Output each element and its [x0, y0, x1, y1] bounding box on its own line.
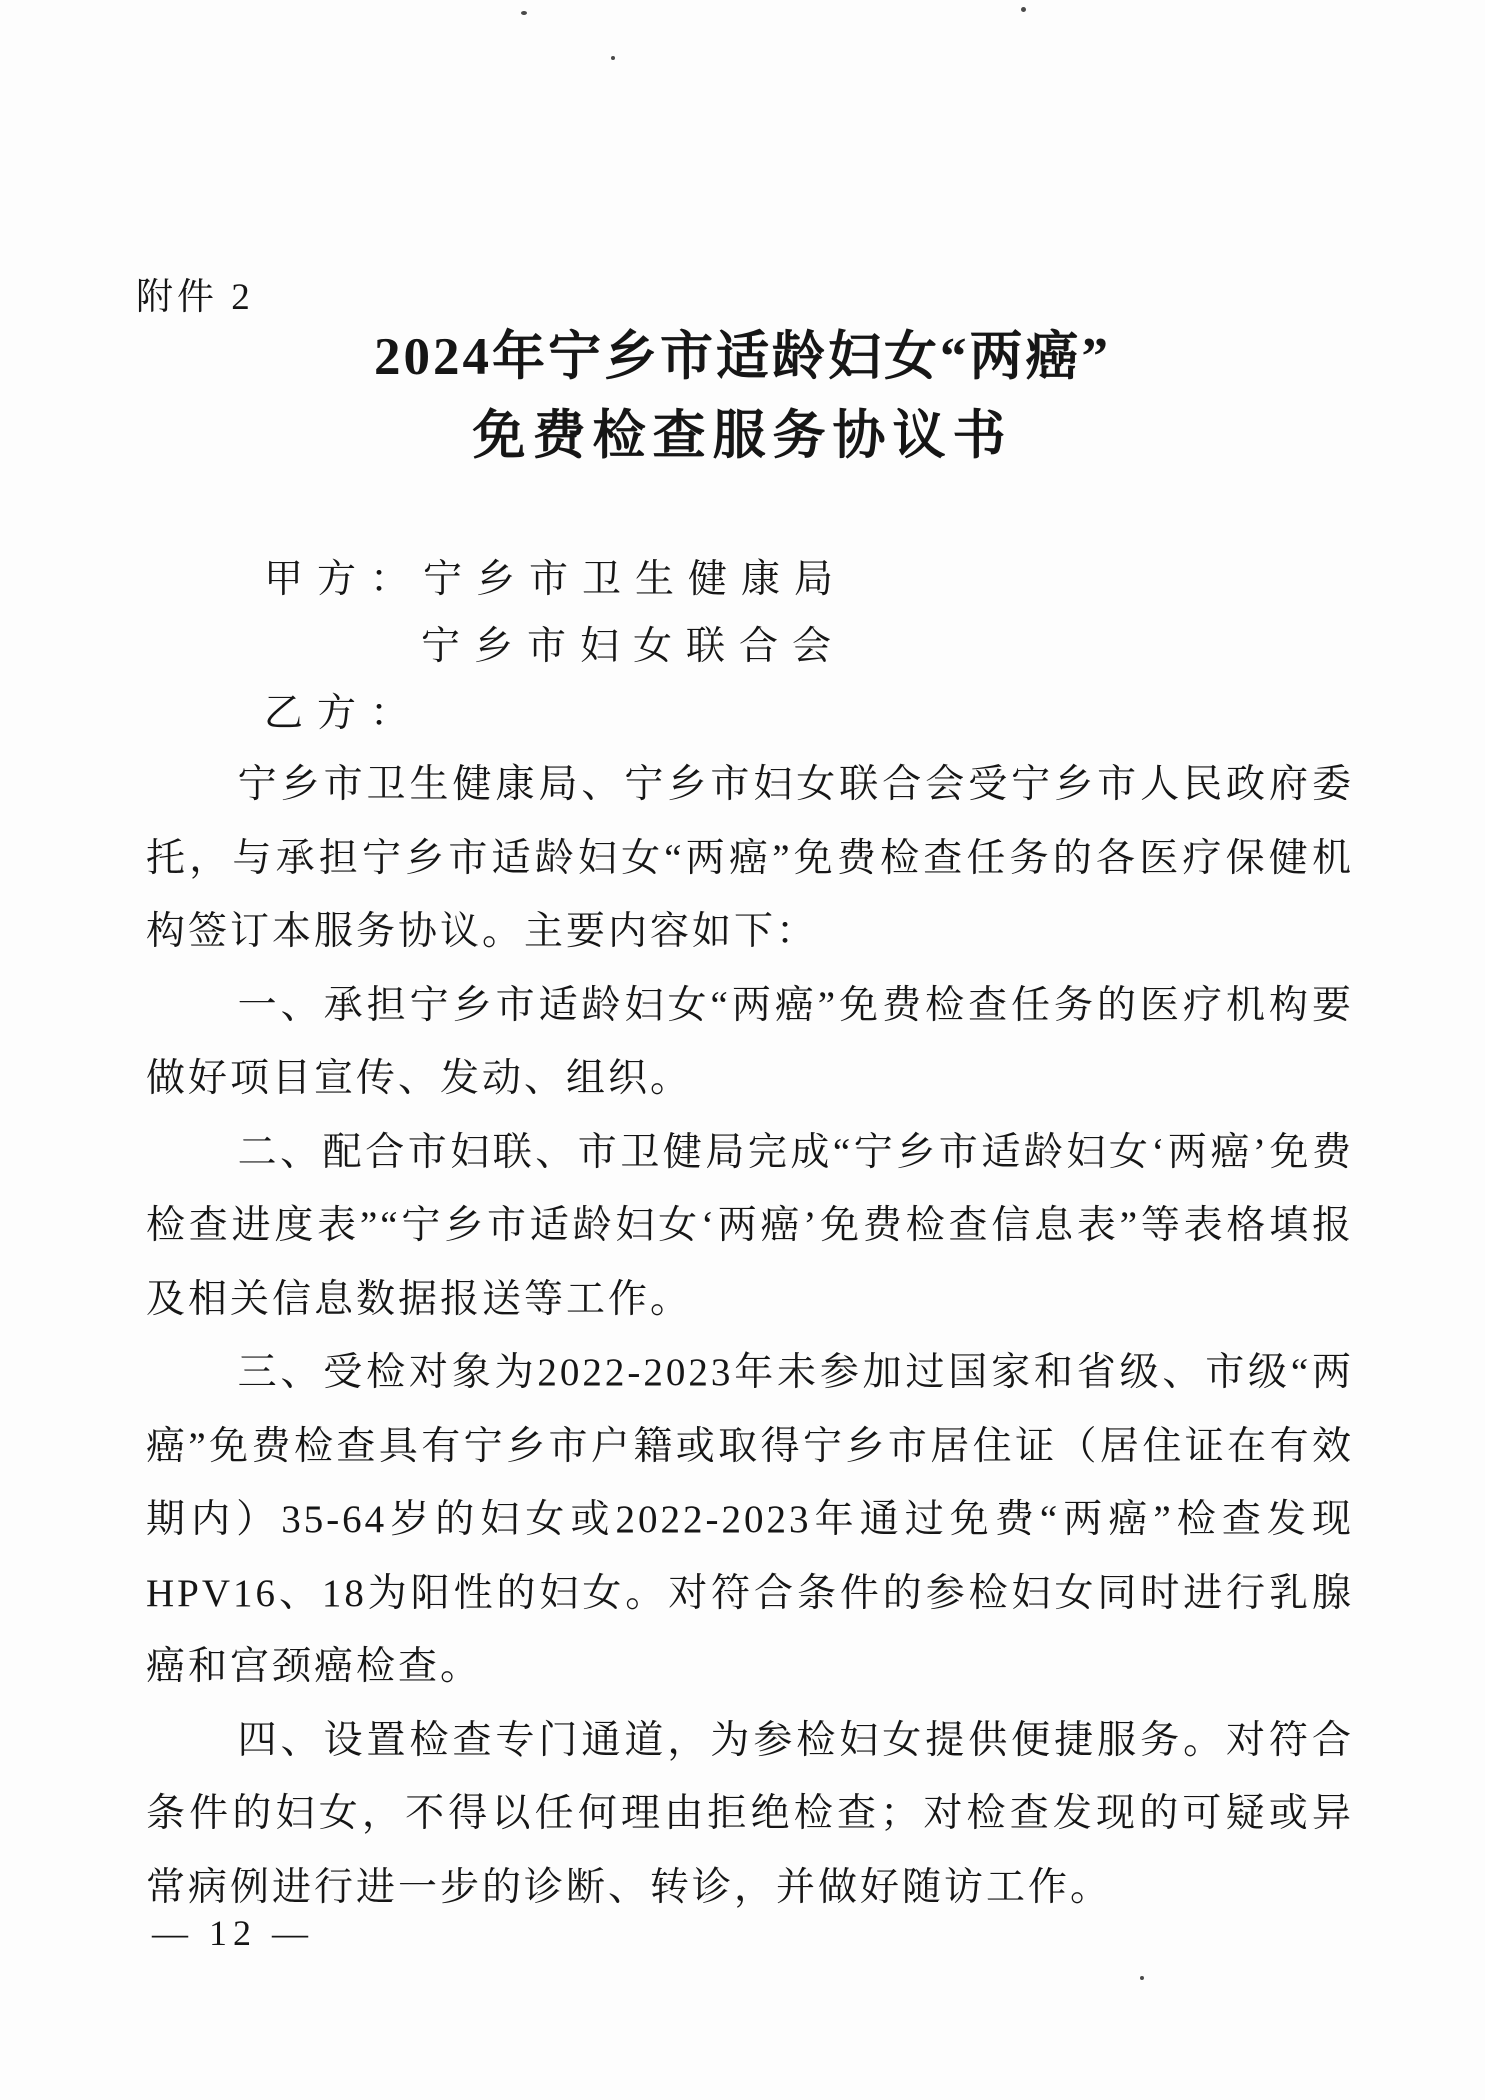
- party-a-label: 甲方：: [264, 546, 423, 613]
- document-title-line2: 免费检查服务协议书: [0, 397, 1485, 476]
- body-paragraph-intro: 宁乡市卫生健康局、宁乡市妇女联合会受宁乡市人民政府委托，与承担宁乡市适龄妇女“两…: [146, 748, 1354, 969]
- party-a-name-1: 宁乡市卫生健康局: [423, 558, 847, 601]
- party-a-line-2: 宁乡市妇女联合会: [264, 613, 847, 680]
- scan-speck: [611, 56, 615, 60]
- scan-speck: [521, 11, 527, 15]
- attachment-label: 附件 2: [136, 266, 254, 320]
- page-number: — 12 —: [152, 1912, 314, 1954]
- party-b-line: 乙方：: [264, 680, 847, 747]
- scanned-document-page: 附件 2 2024年宁乡市适龄妇女“两癌” 免费检查服务协议书 甲方：宁乡市卫生…: [0, 0, 1485, 2100]
- scan-speck: [1021, 7, 1026, 12]
- body-paragraph-item-2: 二、配合市妇联、市卫健局完成“宁乡市适龄妇女‘两癌’免费检查进度表”“宁乡市适龄…: [146, 1116, 1354, 1337]
- body-paragraph-item-1: 一、承担宁乡市适龄妇女“两癌”免费检查任务的医疗机构要做好项目宣传、发动、组织。: [146, 969, 1354, 1116]
- party-a-name-2: 宁乡市妇女联合会: [421, 625, 845, 668]
- document-title-line1: 2024年宁乡市适龄妇女“两癌”: [0, 318, 1485, 397]
- body-paragraph-item-4: 四、设置检查专门通道，为参检妇女提供便捷服务。对符合条件的妇女，不得以任何理由拒…: [146, 1704, 1354, 1925]
- document-body: 宁乡市卫生健康局、宁乡市妇女联合会受宁乡市人民政府委托，与承担宁乡市适龄妇女“两…: [146, 748, 1354, 1924]
- parties-section: 甲方：宁乡市卫生健康局 宁乡市妇女联合会 乙方：: [264, 546, 847, 747]
- party-b-label: 乙方：: [264, 680, 423, 747]
- body-paragraph-item-3: 三、受检对象为2022-2023年未参加过国家和省级、市级“两癌”免费检查具有宁…: [146, 1336, 1354, 1704]
- party-a-line: 甲方：宁乡市卫生健康局: [264, 546, 847, 613]
- document-title: 2024年宁乡市适龄妇女“两癌” 免费检查服务协议书: [0, 318, 1485, 476]
- scan-speck: [1140, 1976, 1144, 1980]
